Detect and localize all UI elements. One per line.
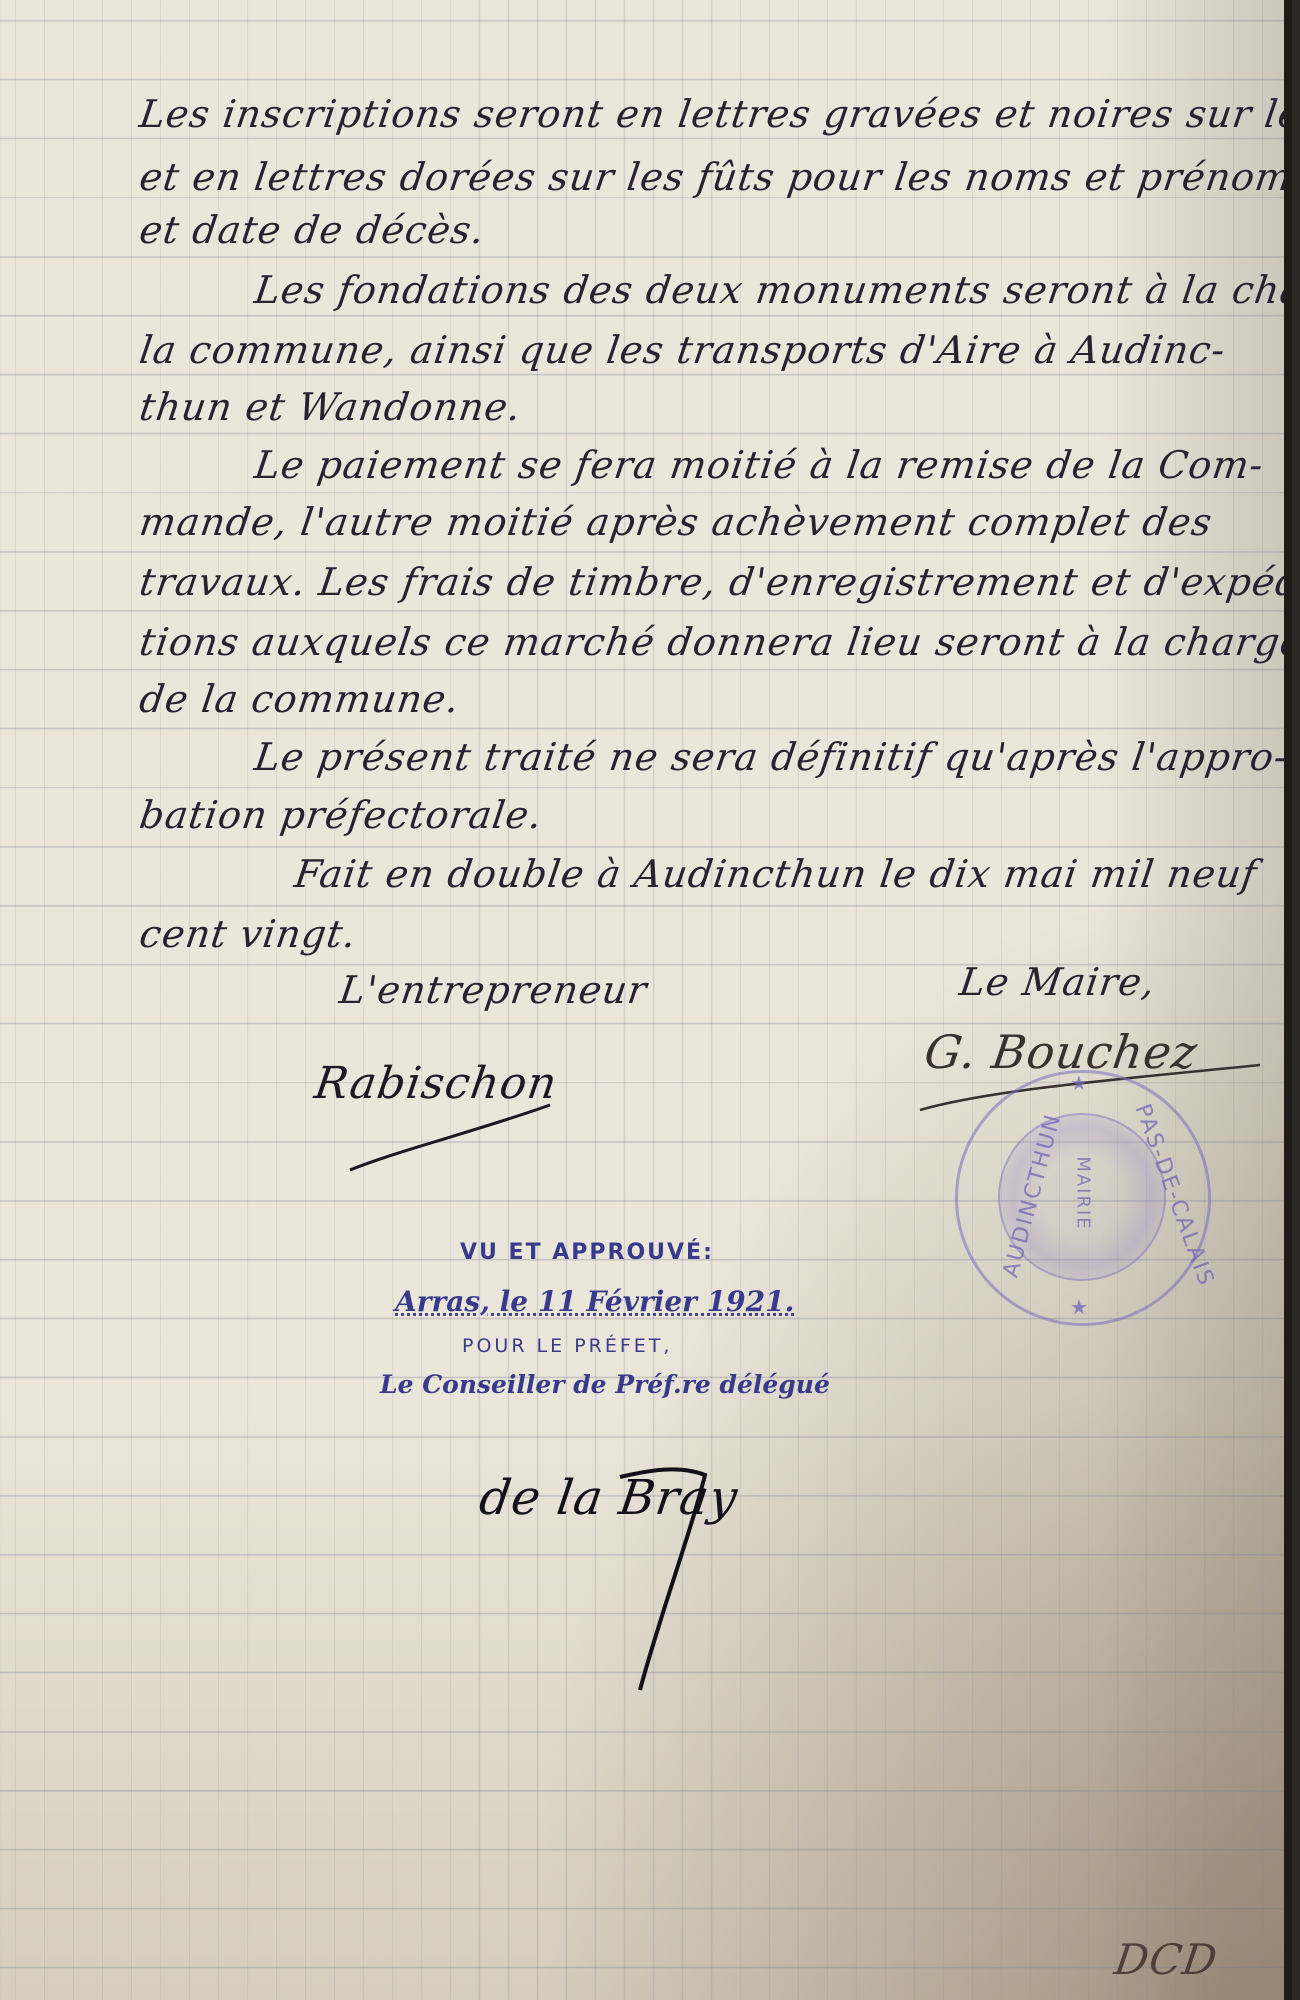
corner-initials: DCD: [1112, 1935, 1221, 1984]
mairie-seal: AUDINCTHUN PAS-DE-CALAIS MAIRIE ★ ★: [955, 1070, 1211, 1326]
body-line-2: et en lettres dorées sur les fûts pour l…: [137, 155, 1292, 199]
approval-stamp-title: VU ET APPROUVÉ:: [460, 1240, 714, 1265]
seal-star-top-icon: ★: [1070, 1071, 1088, 1095]
entrepreneur-signature-flourish: [340, 1110, 560, 1180]
prefect-signature-stroke: [610, 1465, 730, 1695]
approval-councillor: Le Conseiller de Préf.re délégué: [380, 1370, 830, 1399]
page-edge-shadow: [1284, 0, 1292, 2000]
body-line-11: de la commune.: [137, 677, 463, 721]
seal-text-center: MAIRIE: [1073, 1156, 1094, 1230]
body-line-4: Les fondations des deux monuments seront…: [252, 268, 1292, 312]
body-line-15: cent vingt.: [137, 912, 360, 956]
body-line-7: Le paiement se fera moitié à la remise d…: [252, 443, 1267, 487]
body-line-8: mande, l'autre moitié après achèvement c…: [137, 500, 1215, 544]
body-line-6: thun et Wandonne.: [137, 385, 524, 429]
body-line-9: travaux. Les frais de timbre, d'enregist…: [137, 560, 1292, 604]
entrepreneur-label: L'entrepreneur: [337, 968, 650, 1012]
body-line-13: bation préfectorale.: [137, 793, 546, 837]
approval-for-prefect: POUR LE PRÉFET,: [462, 1335, 672, 1357]
document-page: Les inscriptions seront en lettres gravé…: [0, 0, 1292, 2000]
body-line-10: tions auxquels ce marché donnera lieu se…: [137, 620, 1292, 664]
body-line-5: la commune, ainsi que les transports d'A…: [137, 328, 1229, 372]
mayor-label: Le Maire,: [957, 960, 1158, 1004]
approval-place-date: Arras, le 11 Février 1921.: [395, 1285, 794, 1318]
body-line-12: Le présent traité ne sera définitif qu'a…: [252, 735, 1291, 779]
seal-star-bottom-icon: ★: [1070, 1295, 1088, 1319]
body-line-14: Fait en double à Audincthun le dix mai m…: [292, 852, 1260, 896]
entrepreneur-signature: Rabischon: [311, 1058, 560, 1109]
body-line-1: Les inscriptions seront en lettres gravé…: [137, 92, 1292, 136]
body-line-3: et date de décès.: [137, 208, 488, 252]
